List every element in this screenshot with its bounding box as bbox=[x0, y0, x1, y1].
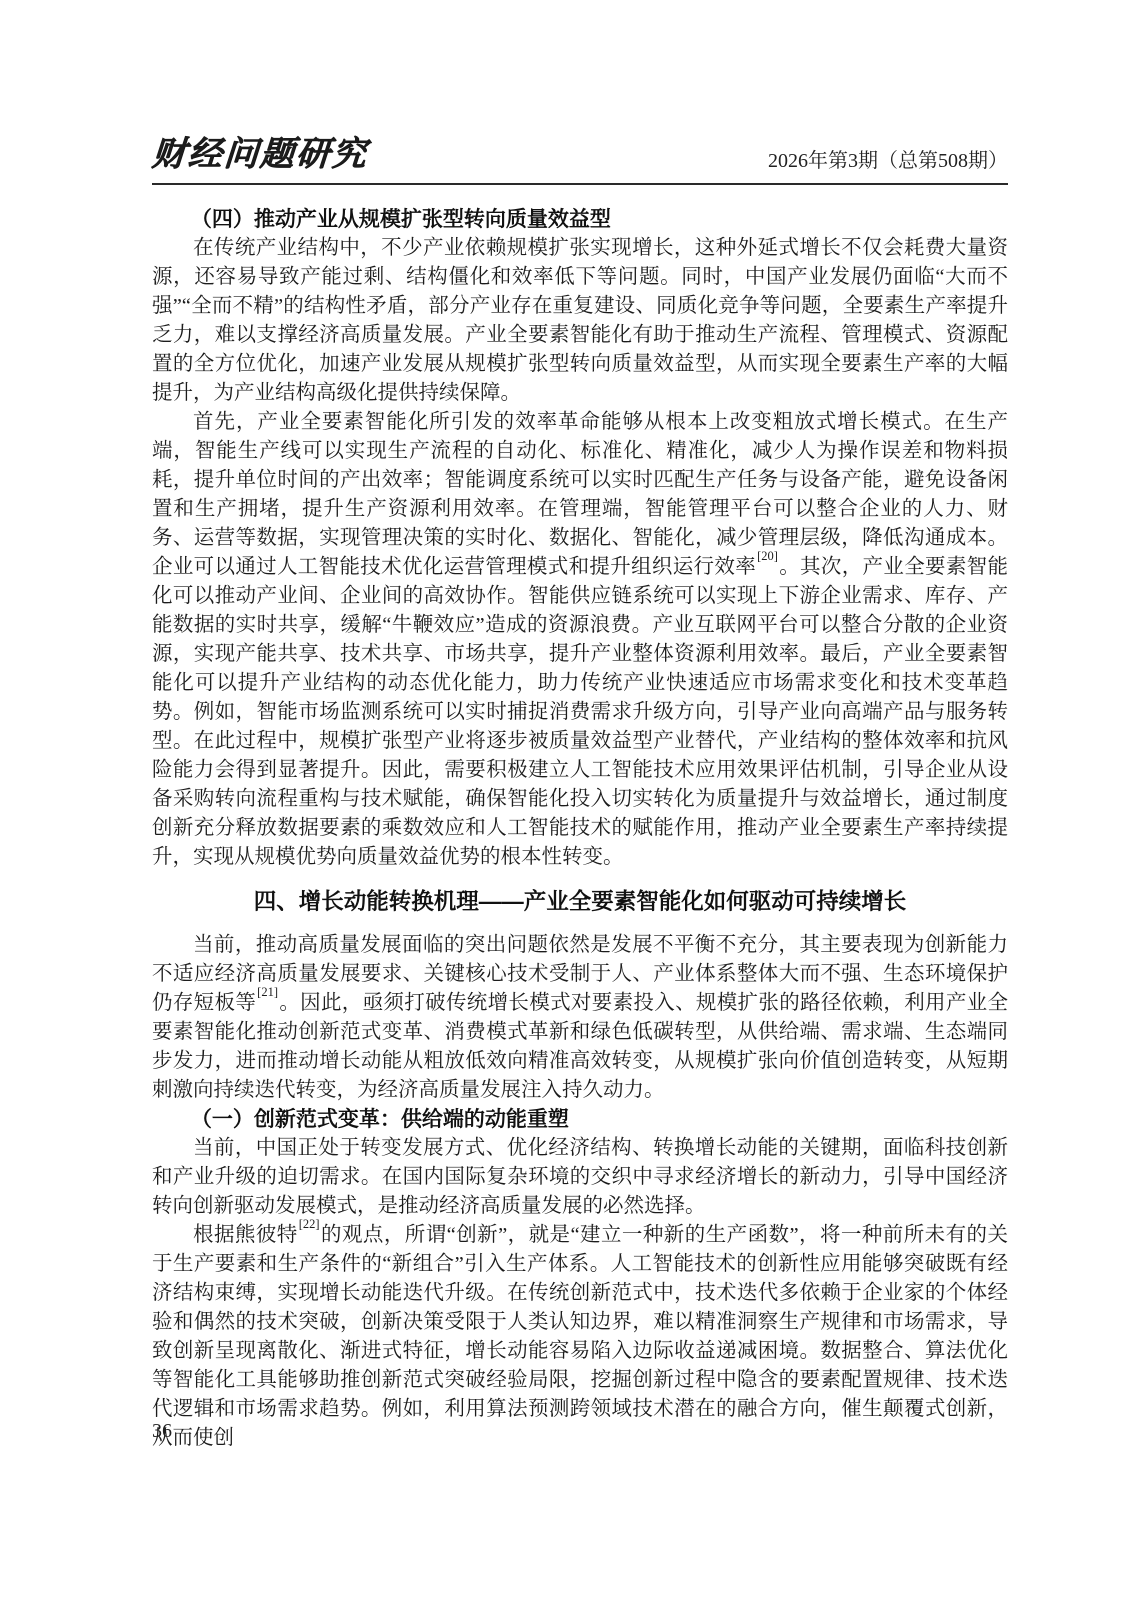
subsection-heading-4: （四）推动产业从规模扩张型转向质量效益型 bbox=[152, 205, 1008, 234]
page-header: 财经问题研究 2026年第3期（总第508期） bbox=[152, 126, 1008, 185]
citation-superscript: [21] bbox=[256, 985, 279, 999]
paragraph-3: 当前，推动高质量发展面临的突出问题依然是发展不平衡不充分，其主要表现为创新能力不… bbox=[152, 931, 1008, 1105]
journal-logo: 财经问题研究 bbox=[150, 126, 369, 175]
paragraph-5: 根据熊彼特[22]的观点，所谓“创新”，就是“建立一种新的生产函数”，将一种前所… bbox=[152, 1221, 1008, 1453]
subsection-heading-1: （一）创新范式变革：供给端的动能重塑 bbox=[152, 1105, 1008, 1134]
journal-page: 财经问题研究 2026年第3期（总第508期） （四）推动产业从规模扩张型转向质… bbox=[0, 0, 1140, 1600]
paragraph-1: 在传统产业结构中，不少产业依赖规模扩张实现增长，这种外延式增长不仅会耗费大量资源… bbox=[152, 234, 1008, 408]
citation-superscript: [20] bbox=[756, 549, 779, 563]
paragraph-4: 当前，中国正处于转变发展方式、优化经济结构、转换增长动能的关键期，面临科技创新和… bbox=[152, 1134, 1008, 1221]
page-number: 36 bbox=[152, 1420, 172, 1443]
article-body: （四）推动产业从规模扩张型转向质量效益型 在传统产业结构中，不少产业依赖规模扩张… bbox=[152, 185, 1008, 1453]
section-heading-4: 四、增长动能转换机理——产业全要素智能化如何驱动可持续增长 bbox=[152, 887, 1008, 917]
issue-info: 2026年第3期（总第508期） bbox=[768, 144, 1008, 175]
paragraph-2: 首先，产业全要素智能化所引发的效率革命能够从根本上改变粗放式增长模式。在生产端，… bbox=[152, 408, 1008, 872]
citation-superscript: [22] bbox=[298, 1217, 321, 1231]
